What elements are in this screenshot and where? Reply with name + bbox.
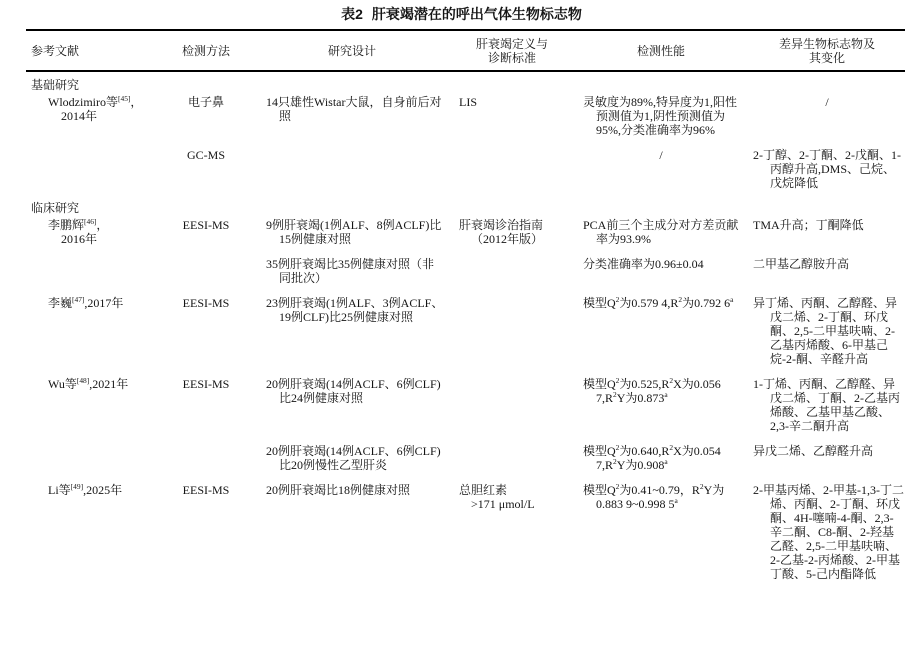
- cell-biomarkers: 2-甲基丙烯、2-甲基-1,3-丁二烯、丙酮、2-丁酮、环戊酮、4H-噻喃-4-…: [749, 483, 905, 581]
- cell-performance: 模型Q2为0.41~0.79，R2Y为0.883 9~0.998 5a: [573, 483, 749, 581]
- cell-criteria: [451, 257, 573, 285]
- cell-design: 9例肝衰竭(1例ALF、8例ACLF)比15例健康对照: [253, 218, 451, 246]
- cell-design: 35例肝衰竭比35例健康对照（非同批次）: [253, 257, 451, 285]
- biomarker-table: 参考文献 检测方法 研究设计 肝衰竭定义与 诊断标准 检测性能 差异生物标志物及…: [26, 29, 905, 581]
- col-header-performance: 检测性能: [573, 44, 749, 58]
- cell-biomarkers: 二甲基乙醇胺升高: [749, 257, 905, 285]
- cell-performance: /: [573, 148, 749, 190]
- cell-method: EESI-MS: [159, 483, 253, 581]
- cell-design: 23例肝衰竭(1例ALF、3例ACLF、19例CLF)比25例健康对照: [253, 296, 451, 366]
- table-header-row: 参考文献 检测方法 研究设计 肝衰竭定义与 诊断标准 检测性能 差异生物标志物及…: [26, 31, 905, 70]
- table-number: 表2: [341, 6, 363, 22]
- section-label: 临床研究: [26, 201, 905, 215]
- cell-performance: 模型Q2为0.525,R2X为0.056 7,R2Y为0.873a: [573, 377, 749, 433]
- cell-ref: 李鹏辉[46]， 2016年: [26, 218, 159, 246]
- table-row: 35例肝衰竭比35例健康对照（非同批次）分类准确率为0.96±0.04二甲基乙醇…: [26, 257, 905, 285]
- table-row: Wu等[48],2021年EESI-MS20例肝衰竭(14例ACLF、6例CLF…: [26, 377, 905, 433]
- table-row: 李鹏辉[46]， 2016年EESI-MS9例肝衰竭(1例ALF、8例ACLF)…: [26, 218, 905, 246]
- cell-design: 20例肝衰竭(14例ACLF、6例CLF)比24例健康对照: [253, 377, 451, 433]
- cell-ref: [26, 444, 159, 472]
- cell-biomarkers: TMA升高；丁酮降低: [749, 218, 905, 246]
- cell-performance: PCA前三个主成分对方差贡献率为93.9%: [573, 218, 749, 246]
- cell-design: [253, 148, 451, 190]
- cell-method: [159, 444, 253, 472]
- table-caption: 表2肝衰竭潜在的呼出气体生物标志物: [0, 0, 923, 23]
- cell-method: [159, 257, 253, 285]
- table-row: GC-MS/2-丁醇、2-丁酮、2-戊酮、1-丙醇升高,DMS、己烷、戊烷降低: [26, 148, 905, 190]
- cell-performance: 模型Q2为0.579 4,R2为0.792 6a: [573, 296, 749, 366]
- col-header-criteria: 肝衰竭定义与 诊断标准: [451, 37, 573, 65]
- cell-criteria: [451, 444, 573, 472]
- col-header-references: 参考文献: [26, 44, 159, 58]
- cell-criteria: 总胆红素 >171 μmol/L: [451, 483, 573, 581]
- cell-criteria: 肝衰竭诊治指南（2012年版）: [451, 218, 573, 246]
- cell-ref: Li等[49],2025年: [26, 483, 159, 581]
- cell-performance: 灵敏度为89%,特异度为1,阳性预测值为1,阴性预测值为95%,分类准确率为96…: [573, 95, 749, 137]
- table-row: 李巍[47],2017年EESI-MS23例肝衰竭(1例ALF、3例ACLF、1…: [26, 296, 905, 366]
- cell-biomarkers: 1-丁烯、丙酮、乙醇醛、异戊二烯、丁酮、2-乙基丙烯酸、乙基甲基乙酸、2,3-辛…: [749, 377, 905, 433]
- table-row: Li等[49],2025年EESI-MS20例肝衰竭比18例健康对照总胆红素 >…: [26, 483, 905, 581]
- table-row: Wlodzimiro等[45]， 2014年电子鼻14只雄性Wistar大鼠，自…: [26, 95, 905, 137]
- cell-ref: [26, 257, 159, 285]
- cell-criteria: LIS: [451, 95, 573, 137]
- table-body: 基础研究Wlodzimiro等[45]， 2014年电子鼻14只雄性Wistar…: [26, 72, 905, 581]
- cell-method: EESI-MS: [159, 296, 253, 366]
- paper-page: 表2肝衰竭潜在的呼出气体生物标志物 参考文献 检测方法 研究设计 肝衰竭定义与 …: [0, 0, 923, 651]
- cell-design: 20例肝衰竭比18例健康对照: [253, 483, 451, 581]
- cell-design: 14只雄性Wistar大鼠，自身前后对照: [253, 95, 451, 137]
- cell-criteria: [451, 296, 573, 366]
- cell-biomarkers: /: [749, 95, 905, 137]
- cell-design: 20例肝衰竭(14例ACLF、6例CLF)比20例慢性乙型肝炎: [253, 444, 451, 472]
- cell-method: 电子鼻: [159, 95, 253, 137]
- table-row: 20例肝衰竭(14例ACLF、6例CLF)比20例慢性乙型肝炎模型Q2为0.64…: [26, 444, 905, 472]
- cell-ref: Wlodzimiro等[45]， 2014年: [26, 95, 159, 137]
- cell-method: EESI-MS: [159, 377, 253, 433]
- col-header-design: 研究设计: [253, 44, 451, 58]
- cell-biomarkers: 异戊二烯、乙醇醛升高: [749, 444, 905, 472]
- col-header-biomarkers: 差异生物标志物及 其变化: [749, 37, 905, 65]
- cell-performance: 模型Q2为0.640,R2X为0.054 7,R2Y为0.908a: [573, 444, 749, 472]
- cell-ref: [26, 148, 159, 190]
- cell-criteria: [451, 377, 573, 433]
- cell-biomarkers: 异丁烯、丙酮、乙醇醛、异戊二烯、2-丁酮、环戊酮、2,5-二甲基呋喃、2-乙基丙…: [749, 296, 905, 366]
- cell-criteria: [451, 148, 573, 190]
- cell-method: GC-MS: [159, 148, 253, 190]
- cell-performance: 分类准确率为0.96±0.04: [573, 257, 749, 285]
- cell-biomarkers: 2-丁醇、2-丁酮、2-戊酮、1-丙醇升高,DMS、己烷、戊烷降低: [749, 148, 905, 190]
- cell-ref: Wu等[48],2021年: [26, 377, 159, 433]
- cell-method: EESI-MS: [159, 218, 253, 246]
- col-header-method: 检测方法: [159, 44, 253, 58]
- cell-ref: 李巍[47],2017年: [26, 296, 159, 366]
- table-title-text: 肝衰竭潜在的呼出气体生物标志物: [372, 6, 582, 22]
- section-label: 基础研究: [26, 78, 905, 92]
